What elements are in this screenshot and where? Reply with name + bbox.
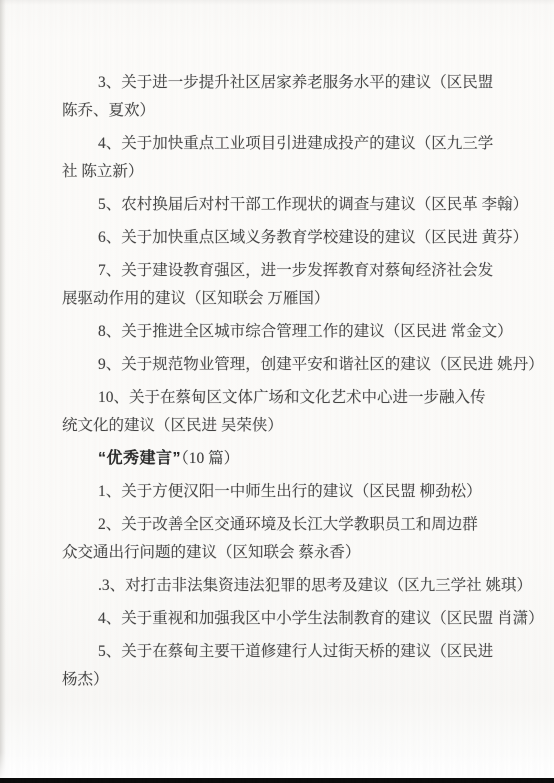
section-heading-title: “优秀建言” xyxy=(98,450,181,467)
section-heading-count: （10 篇） xyxy=(181,450,239,467)
list-item: 4、关于重视和加强我区中小学生法制教育的建议（区民盟 肖潇） xyxy=(62,605,537,633)
scan-bottom-highlight xyxy=(0,752,554,778)
list-item: 6、关于加快重点区域义务教育学校建设的建议（区民进 黄芬） xyxy=(62,224,537,252)
document-body: 3、关于进一步提升社区居家养老服务水平的建议（区民盟 陈乔、夏欢） 4、关于加快… xyxy=(62,69,537,699)
list-item: 7、关于建设教育强区，进一步发挥教育对蔡甸经济社会发 展驱动作用的建议（区知联会… xyxy=(62,257,537,313)
scanned-page: 3、关于进一步提升社区居家养老服务水平的建议（区民盟 陈乔、夏欢） 4、关于加快… xyxy=(0,0,554,783)
list-item: 8、关于推进全区城市综合管理工作的建议（区民进 常金文） xyxy=(62,318,537,346)
list-item: 1、关于方便汉阳一中师生出行的建议（区民盟 柳劲松） xyxy=(62,478,537,506)
scan-edge-bottom xyxy=(0,778,554,783)
list-item: 5、农村换届后对村干部工作现状的调查与建议（区民革 李翰） xyxy=(62,191,537,219)
list-item: .3、对打击非法集资违法犯罪的思考及建议（区九三学社 姚琪） xyxy=(62,572,537,600)
section-heading: “优秀建言”（10 篇） xyxy=(62,445,537,473)
list-item: 10、关于在蔡甸区文体广场和文化艺术中心进一步融入传 统文化的建议（区民进 吴荣… xyxy=(62,384,537,440)
list-item: 4、关于加快重点工业项目引进建成投产的建议（区九三学 社 陈立新） xyxy=(62,130,537,186)
list-item: 3、关于进一步提升社区居家养老服务水平的建议（区民盟 陈乔、夏欢） xyxy=(62,69,537,125)
list-item: 2、关于改善全区交通环境及长江大学教职员工和周边群 众交通出行问题的建议（区知联… xyxy=(62,511,537,567)
list-item: 5、关于在蔡甸主要干道修建行人过街天桥的建议（区民进 杨杰） xyxy=(62,638,537,694)
list-item: 9、关于规范物业管理，创建平安和谐社区的建议（区民进 姚丹） xyxy=(62,351,537,379)
